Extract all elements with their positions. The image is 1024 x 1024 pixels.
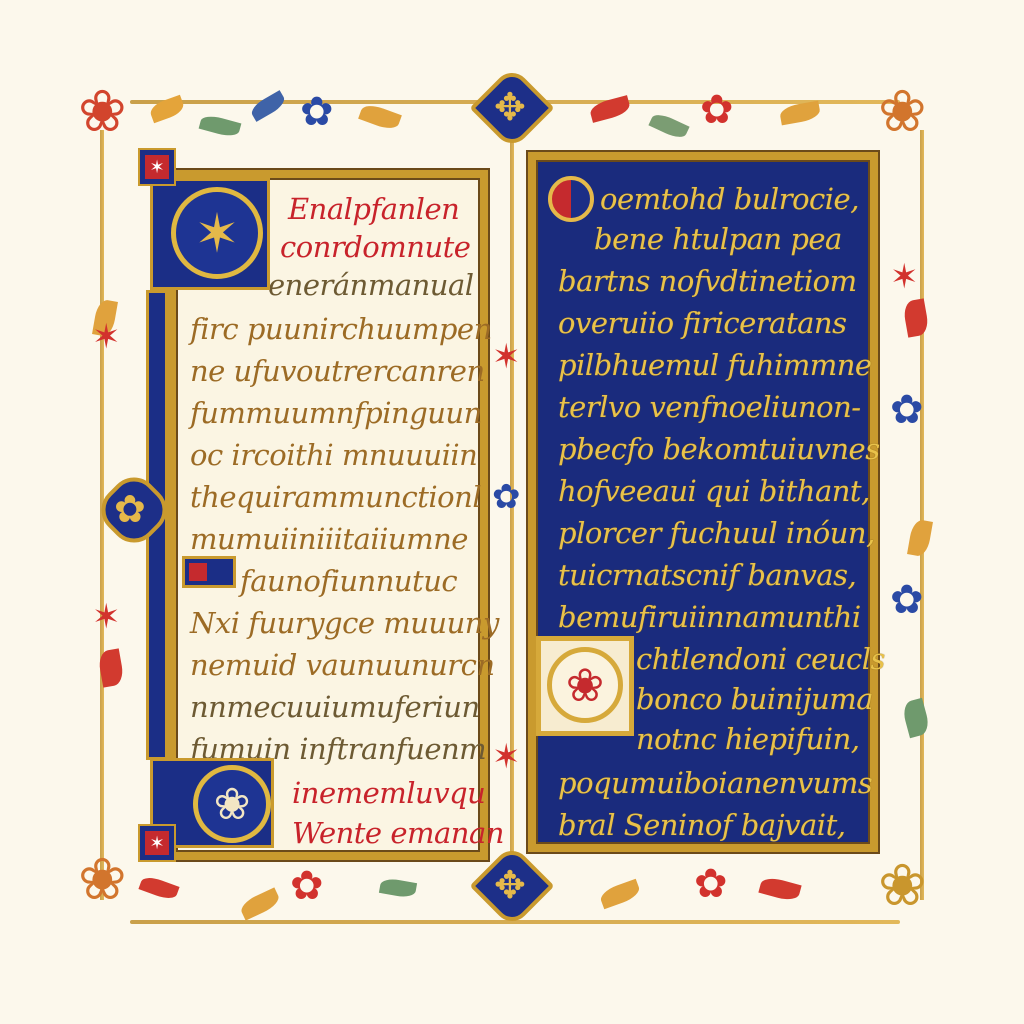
red-flower-icon: ✿ xyxy=(694,864,728,904)
rosette-icon: ❀ xyxy=(193,765,271,843)
text-line: hofveeaui qui bithant, xyxy=(558,474,870,508)
red-flower-icon: ✶ xyxy=(92,320,121,354)
text-line: bemufiruiinnamunthi xyxy=(558,600,861,634)
text-line: overuiio firiceratans xyxy=(558,306,846,340)
red-flower-icon: ✿ xyxy=(700,90,734,130)
text-line: faunofiunnutuc xyxy=(240,564,457,598)
rosette-icon: ✿ xyxy=(114,490,146,528)
text-line: bral Seninof bajvait, xyxy=(558,808,845,842)
text-line: pbecfo bekomtuiuvnes xyxy=(558,432,880,466)
text-line: oc ircoithi mnuuuiin xyxy=(190,438,477,472)
text-line: pilbhuemul fuhimmne xyxy=(558,348,872,382)
corner-flower-icon: ❀ xyxy=(878,82,927,140)
text-line: Nxi fuurygce muuuny xyxy=(190,606,499,640)
red-flower-icon: ✶ xyxy=(92,600,121,634)
blue-flower-icon: ✿ xyxy=(890,580,924,620)
text-line: Wente emanan xyxy=(292,816,504,850)
right-vine xyxy=(920,130,924,900)
corner-box-ornament: ✶ xyxy=(140,826,174,860)
red-flower-icon: ✶ xyxy=(890,260,919,294)
quatrefoil-icon: ✥ xyxy=(494,88,526,126)
text-line: oemtohd bulrocie, xyxy=(600,182,859,216)
star-icon: ✶ xyxy=(145,155,169,179)
text-line: inememluvqu xyxy=(292,776,485,810)
star-icon: ✶ xyxy=(145,831,169,855)
text-line: thequirammunctionl xyxy=(190,480,481,514)
rosette-icon: ❀ xyxy=(547,647,623,723)
corner-box-ornament: ✶ xyxy=(140,150,174,184)
initial-q-ornament xyxy=(548,176,594,222)
red-flower-icon: ✶ xyxy=(492,340,521,374)
corner-flower-icon: ❀ xyxy=(78,82,127,140)
blue-flower-icon: ✿ xyxy=(300,92,334,132)
text-line: tuicrnatscnif banvas, xyxy=(558,558,856,592)
text-line: nemuid vaunuunurcn xyxy=(190,648,495,682)
rubric-red-mark xyxy=(189,563,207,581)
text-line: bartns nofvdtinetiom xyxy=(558,264,857,298)
blue-flower-icon: ✿ xyxy=(492,480,521,514)
text-line: ne ufuvoutrercanren xyxy=(190,354,485,388)
rosette-icon: ✶ xyxy=(171,187,263,279)
text-line: Enalpfanlen xyxy=(288,192,459,226)
text-line: terlvo venfnoeliunon- xyxy=(558,390,861,424)
blue-flower-icon: ✿ xyxy=(890,390,924,430)
text-line: bene htulpan pea xyxy=(594,222,842,256)
text-line: plorcer fuchuul inóun, xyxy=(558,516,875,550)
illuminated-initial-top: ✶ xyxy=(150,178,270,290)
illuminated-initial-right: ❀ xyxy=(536,636,634,736)
text-line: nnmecuuiumuferiun xyxy=(190,690,480,724)
quatrefoil-icon: ✥ xyxy=(494,866,526,904)
text-line: eneránmanual xyxy=(268,268,474,302)
corner-flower-icon: ❀ xyxy=(78,850,127,908)
text-line: conrdomnute xyxy=(280,230,470,264)
text-line: bonco buinijuma xyxy=(636,682,873,716)
right-text-panel: oemtohd bulrocie, bene htulpan pea bartn… xyxy=(528,152,878,852)
red-flower-icon: ✿ xyxy=(290,866,324,906)
text-line: firc puunirchuumpen xyxy=(190,312,492,346)
rubric-box xyxy=(182,556,236,588)
text-line: chtlendoni ceucls xyxy=(636,642,885,676)
corner-flower-icon: ❀ xyxy=(878,856,927,914)
red-flower-icon: ✶ xyxy=(492,740,521,774)
text-line: mumuiiniiitaiiumne xyxy=(190,522,468,556)
text-line: poqumuiboianenvums xyxy=(558,766,872,800)
text-line: notnc hiepifuin, xyxy=(636,722,859,756)
text-line: fummuumnfpinguun xyxy=(190,396,482,430)
